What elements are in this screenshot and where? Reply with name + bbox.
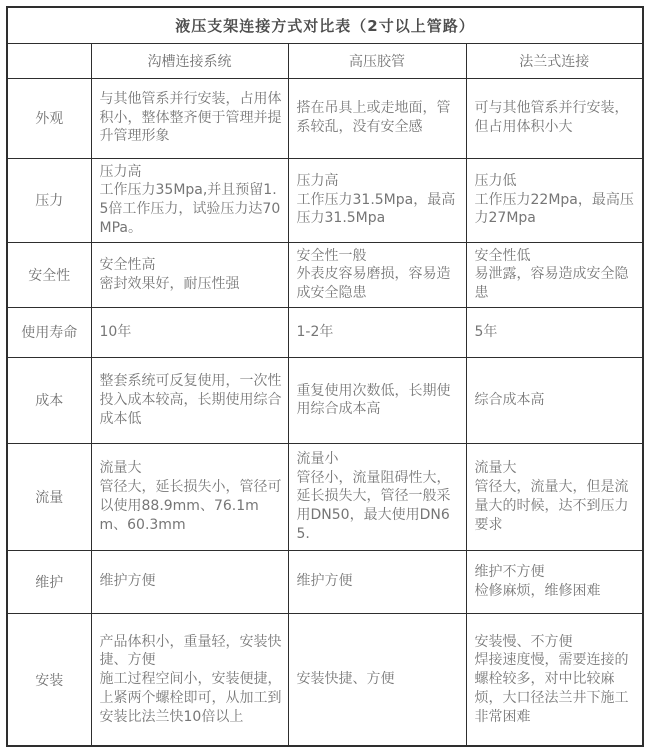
cell-installation-flange: 安装慢、不方便 焊接速度慢，需要连接的螺栓较多，对中比较麻烦，大口径法兰井下施工… bbox=[466, 613, 643, 746]
table-row-maintenance: 维护 维护方便 维护方便 维护不方便 检修麻烦，维修困难 bbox=[7, 550, 643, 613]
cell-pressure-flange: 压力低 工作压力22Mpa，最高压力27Mpa bbox=[466, 158, 643, 242]
row-label-appearance: 外观 bbox=[7, 78, 91, 158]
cell-appearance-flange: 可与其他管系并行安装，但占用体积小大 bbox=[466, 78, 643, 158]
header-cell-empty bbox=[7, 43, 91, 78]
cell-installation-groove: 产品体积小，重量轻，安装快捷、方便 施工过程空间小，安装便捷，上紧两个螺栓即可，… bbox=[91, 613, 288, 746]
cell-lifespan-groove: 10年 bbox=[91, 307, 288, 357]
cell-cost-flange: 综合成本高 bbox=[466, 357, 643, 443]
table-row-installation: 安装 产品体积小，重量轻，安装快捷、方便 施工过程空间小，安装便捷，上紧两个螺栓… bbox=[7, 613, 643, 746]
table-row-pressure: 压力 压力高 工作压力35Mpa,并且预留1.5倍工作压力，试验压力达70MPa… bbox=[7, 158, 643, 242]
row-label-safety: 安全性 bbox=[7, 242, 91, 307]
row-label-installation: 安装 bbox=[7, 613, 91, 746]
row-label-cost: 成本 bbox=[7, 357, 91, 443]
cell-cost-groove: 整套系统可反复使用，一次性投入成本较高，长期使用综合成本低 bbox=[91, 357, 288, 443]
cell-pressure-hose: 压力高 工作压力31.5Mpa，最高压力31.5Mpa bbox=[288, 158, 466, 242]
row-label-lifespan: 使用寿命 bbox=[7, 307, 91, 357]
cell-maintenance-hose: 维护方便 bbox=[288, 550, 466, 613]
cell-lifespan-hose: 1-2年 bbox=[288, 307, 466, 357]
cell-flow-groove: 流量大 管径大，延长损失小，管径可以使用88.9mm、76.1mm、60.3mm bbox=[91, 443, 288, 550]
header-cell-groove-system: 沟槽连接系统 bbox=[91, 43, 288, 78]
header-cell-flange-connection: 法兰式连接 bbox=[466, 43, 643, 78]
table-row-safety: 安全性 安全性高 密封效果好，耐压性强 安全性一般 外表皮容易磨损，容易造成安全… bbox=[7, 242, 643, 307]
cell-cost-hose: 重复使用次数低，长期使用综合成本高 bbox=[288, 357, 466, 443]
table-row-flow: 流量 流量大 管径大，延长损失小，管径可以使用88.9mm、76.1mm、60.… bbox=[7, 443, 643, 550]
cell-safety-flange: 安全性低 易泄露，容易造成安全隐患 bbox=[466, 242, 643, 307]
table-row-appearance: 外观 与其他管系并行安装，占用体积小，整体整齐便于管理并提升管理形象 搭在吊具上… bbox=[7, 78, 643, 158]
cell-flow-hose: 流量小 管径小，流量阻碍性大，延长损失大，管径一般采用DN50，最大使用DN65… bbox=[288, 443, 466, 550]
cell-appearance-hose: 搭在吊具上或走地面，管系较乱，没有安全感 bbox=[288, 78, 466, 158]
header-row: 沟槽连接系统 高压胶管 法兰式连接 bbox=[7, 43, 643, 78]
cell-flow-flange: 流量大 管径大，流量大，但是流量大的时候，达不到压力要求 bbox=[466, 443, 643, 550]
row-label-maintenance: 维护 bbox=[7, 550, 91, 613]
row-label-pressure: 压力 bbox=[7, 158, 91, 242]
comparison-table: 液压支架连接方式对比表（2寸以上管路） 沟槽连接系统 高压胶管 法兰式连接 外观… bbox=[6, 6, 644, 747]
cell-installation-hose: 安装快捷、方便 bbox=[288, 613, 466, 746]
cell-safety-hose: 安全性一般 外表皮容易磨损，容易造成安全隐患 bbox=[288, 242, 466, 307]
cell-maintenance-groove: 维护方便 bbox=[91, 550, 288, 613]
table-row-lifespan: 使用寿命 10年 1-2年 5年 bbox=[7, 307, 643, 357]
cell-maintenance-flange: 维护不方便 检修麻烦，维修困难 bbox=[466, 550, 643, 613]
title-row: 液压支架连接方式对比表（2寸以上管路） bbox=[7, 7, 643, 43]
cell-safety-groove: 安全性高 密封效果好，耐压性强 bbox=[91, 242, 288, 307]
cell-lifespan-flange: 5年 bbox=[466, 307, 643, 357]
page: 液压支架连接方式对比表（2寸以上管路） 沟槽连接系统 高压胶管 法兰式连接 外观… bbox=[0, 0, 648, 740]
header-cell-high-pressure-hose: 高压胶管 bbox=[288, 43, 466, 78]
row-label-flow: 流量 bbox=[7, 443, 91, 550]
cell-pressure-groove: 压力高 工作压力35Mpa,并且预留1.5倍工作压力，试验压力达70MPa。 bbox=[91, 158, 288, 242]
cell-appearance-groove: 与其他管系并行安装，占用体积小，整体整齐便于管理并提升管理形象 bbox=[91, 78, 288, 158]
table-row-cost: 成本 整套系统可反复使用，一次性投入成本较高，长期使用综合成本低 重复使用次数低… bbox=[7, 357, 643, 443]
table-title: 液压支架连接方式对比表（2寸以上管路） bbox=[7, 7, 643, 43]
